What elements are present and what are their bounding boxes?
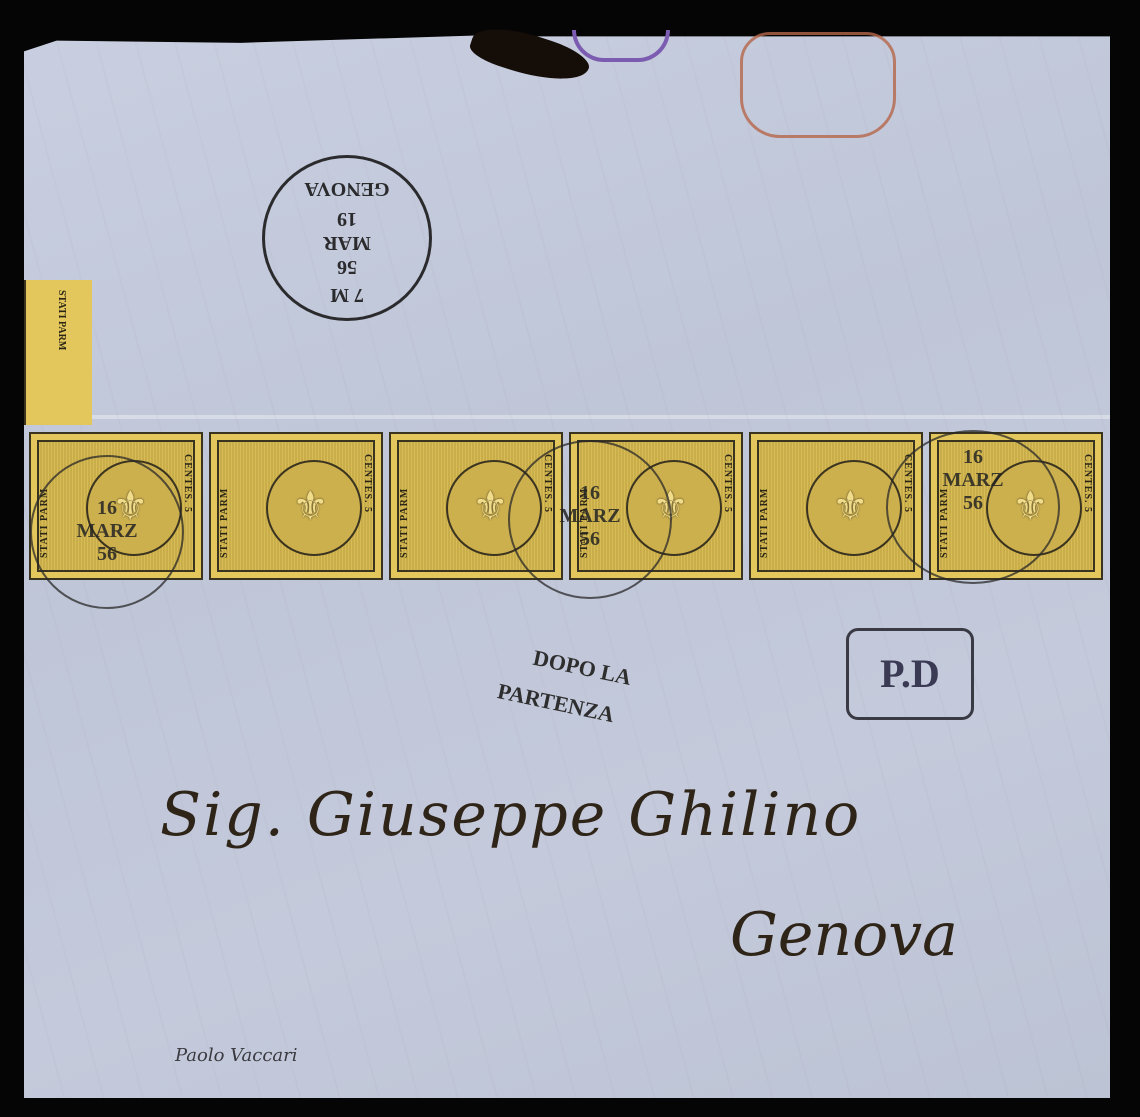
- fleur-de-lis-icon: ⚜: [472, 483, 508, 530]
- pd-handstamp: P.D: [846, 628, 974, 720]
- stamp-cancel: 16 MARZ 56: [508, 440, 672, 599]
- partial-stamp: STATI PARM: [24, 280, 92, 425]
- address-line-1: Sig. Giuseppe Ghilino: [160, 780, 861, 850]
- expert-signature: Paolo Vaccari: [175, 1045, 298, 1066]
- red-octagonal-postmark: [740, 32, 896, 138]
- fleur-de-lis-icon: ⚜: [832, 483, 868, 530]
- fleur-de-lis-icon: ⚜: [292, 483, 328, 530]
- fold-line: [24, 415, 1110, 419]
- stamp: ⚜STATI PARMCENTES. 5: [209, 432, 383, 580]
- stamp-cancel: 16 MARZ 56: [886, 430, 1060, 584]
- genova-postmark: 7 M 56 MAR 19 GENOVA: [262, 155, 432, 321]
- stamp-cancel: 16 MARZ 56: [30, 455, 184, 609]
- address-line-2: Genova: [730, 900, 958, 970]
